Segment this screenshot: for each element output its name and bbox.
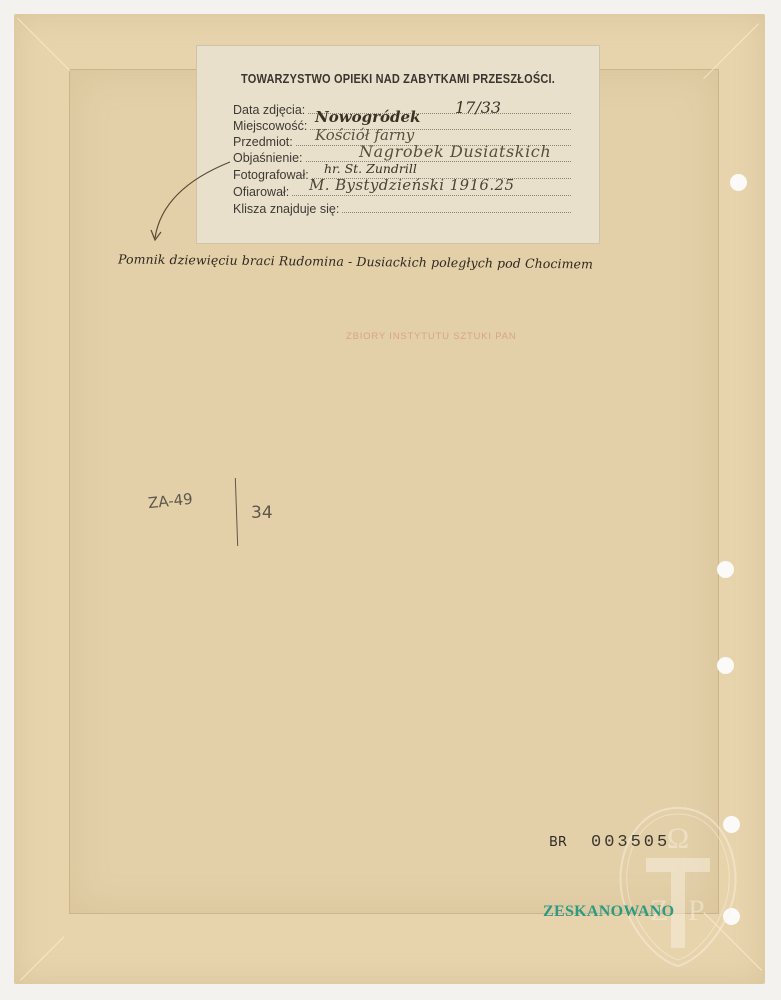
punch-hole [717,657,734,674]
fold-top-left [17,18,70,71]
fold-bottom-left [20,936,65,981]
punch-hole [717,561,734,578]
punch-hole [730,174,747,191]
field-negative-location: Klisza znajduje się: [233,198,571,216]
arrow-icon [145,150,245,250]
svg-text:P: P [688,894,705,927]
value-photo-date: 17/33 [455,98,501,117]
value-donor: M. Bystydzieński 1916.25 [309,176,514,194]
value-location: Nowogródek [315,108,420,126]
value-description: Nagrobek Dusiatskich [359,142,551,161]
scanned-stamp: ZESKANOWANO [543,903,674,921]
fold-top-right [703,23,759,79]
value-photographer: hr. St. Zundrill [324,161,417,176]
pencil-mark-right: 34 [251,503,273,523]
field-label: Klisza znajduje się: [233,202,339,216]
collection-stamp: ZBIORY INSTYTUTU SZTUKI PAN [346,331,516,342]
inventory-number: 003505 [591,833,670,852]
institution-watermark-icon: Ω Z P [608,800,748,970]
society-label: TOWARZYSTWO OPIEKI NAD ZABYTKAMI PRZESZŁ… [196,45,600,244]
inventory-prefix: BR [549,835,567,850]
label-title: TOWARZYSTWO OPIEKI NAD ZABYTKAMI PRZESZŁ… [221,72,575,86]
